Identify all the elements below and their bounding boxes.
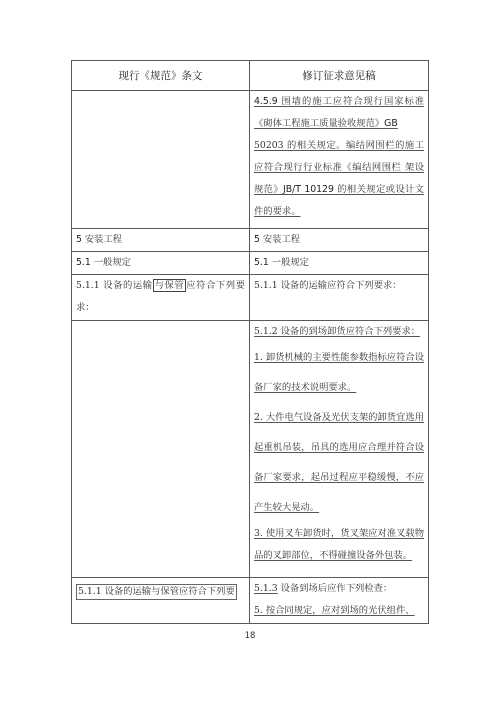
section-title: 安装工程 xyxy=(260,234,300,245)
cell-revision: 5 安装工程 xyxy=(250,229,429,252)
list-item: 5. 按合同规定，应对到场的光伏组件、 xyxy=(254,605,415,616)
header-revision-draft: 修订征求意见稿 xyxy=(250,61,429,91)
table-row: 5.1.1 设备的运输与保管应符合下列要 5.1.3 设备到场后应作下列检查： … xyxy=(72,578,429,624)
table-header-row: 现行《规范》条文 修订征求意见稿 xyxy=(72,61,429,91)
header-current-standard: 现行《规范》条文 xyxy=(72,61,250,91)
table-row: 5.1.2 设备的到场卸货应符合下列要求： 1. 卸货机械的主要性能参数指标应符… xyxy=(72,321,429,578)
standard-code: GB xyxy=(384,118,398,129)
moved-text-mark: 5.1.1 设备的运输与保管应符合下列要 xyxy=(76,584,237,600)
cell-revision: 5.1.1 设备的运输应符合下列要求： xyxy=(250,275,429,321)
section-number: 5.1 xyxy=(254,257,269,268)
cell-revision: 5.1.3 设备到场后应作下列检查： 5. 按合同规定，应对到场的光伏组件、 xyxy=(250,578,429,624)
cell-current: 5.1.1 设备的运输与保管应符合下列要求： xyxy=(72,275,250,321)
table-row: 5.1 一般规定 5.1 一般规定 xyxy=(72,252,429,275)
clause-text: 5.1.1 设备的运输应符合下列要求： xyxy=(254,280,401,291)
clause-text: 围墙的施工应符合现行国家标准《砌体工程施工质量验收规范》 xyxy=(254,96,424,129)
page-number: 18 xyxy=(0,631,500,641)
cell-current xyxy=(72,321,250,578)
cell-current: 5.1.1 设备的运输与保管应符合下列要 xyxy=(72,578,250,624)
list-item: 1. 卸货机械的主要性能参数指标应符合设备厂家的技术说明要求。 xyxy=(254,343,424,403)
cell-revision: 4.5.9 围墙的施工应符合现行国家标准《砌体工程施工质量验收规范》GB5020… xyxy=(250,91,429,229)
cell-revision: 5.1.2 设备的到场卸货应符合下列要求： 1. 卸货机械的主要性能参数指标应符… xyxy=(250,321,429,578)
section-title: 安装工程 xyxy=(82,234,122,245)
clause-text: 设备到场后应作下列检查： xyxy=(278,583,393,594)
cell-revision: 5.1 一般规定 xyxy=(250,252,429,275)
section-title: 一般规定 xyxy=(269,257,309,268)
section-number: 5.1 xyxy=(76,257,91,268)
standard-code: JB/T 10129 xyxy=(283,184,334,195)
cell-current: 5 安装工程 xyxy=(72,229,250,252)
document-page: 现行《规范》条文 修订征求意见稿 4.5.9 围墙的施工应符合现行国家标准《砌体… xyxy=(0,0,500,707)
clause-5-1-2: 5.1.2 设备的到场卸货应符合下列要求： xyxy=(254,321,424,343)
table-row: 5.1.1 设备的运输与保管应符合下列要求： 5.1.1 设备的运输应符合下列要… xyxy=(72,275,429,321)
section-title: 一般规定 xyxy=(91,257,131,268)
clause-number: 5.1.3 xyxy=(254,583,278,594)
clause-number: 4.5.9 xyxy=(254,96,278,107)
table-row: 4.5.9 围墙的施工应符合现行国家标准《砌体工程施工质量验收规范》GB5020… xyxy=(72,91,429,229)
table-row: 5 安装工程 5 安装工程 xyxy=(72,229,429,252)
list-item: 3. 使用叉车卸货时，货叉架应对准叉载物品的叉卸部位，不得碰撞设备外包装。 xyxy=(254,523,424,567)
clause-4-5-9: 4.5.9 围墙的施工应符合现行国家标准《砌体工程施工质量验收规范》GB5020… xyxy=(254,96,424,217)
comparison-table: 现行《规范》条文 修订征求意见稿 4.5.9 围墙的施工应符合现行国家标准《砌体… xyxy=(71,60,429,624)
cell-current xyxy=(72,91,250,229)
list-item: 2. 大件电气设备及光伏支架的卸货宜选用起重机吊装，吊具的选用应合理并符合设备厂… xyxy=(254,403,424,523)
clause-text: 5.1.1 设备的运输 xyxy=(76,280,153,291)
cell-current: 5.1 一般规定 xyxy=(72,252,250,275)
deleted-text-mark: 与保管 xyxy=(153,279,187,292)
